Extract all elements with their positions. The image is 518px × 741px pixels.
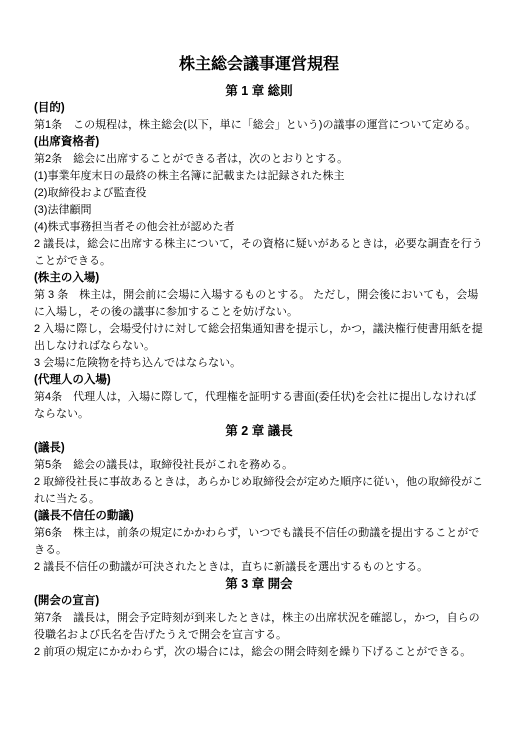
paragraph: (2)取締役および監査役 <box>34 185 484 202</box>
section-heading: (開会の宣言) <box>34 593 484 610</box>
paragraph: 第4条 代理人は，入場に際して，代理権を証明する書面(委任状)を会社に提出しなけ… <box>34 389 484 423</box>
paragraph: 第5条 総会の議長は，取締役社長がこれを務める。 <box>34 457 484 474</box>
paragraph: 2 取締役社長に事故あるときは，あらかじめ取締役会が定めた順序に従い，他の取締役… <box>34 474 484 508</box>
paragraph: (3)法律顧問 <box>34 202 484 219</box>
document-content: 第 1 章 総則(目的)第1条 この規程は，株主総会(以下，単に「総会」という)… <box>34 83 484 661</box>
section-heading: (議長) <box>34 440 484 457</box>
paragraph: 第2条 総会に出席することができる者は，次のとおりとする。 <box>34 151 484 168</box>
paragraph: (4)株式事務担当者その他会社が認めた者 <box>34 219 484 236</box>
section-heading: (目的) <box>34 100 484 117</box>
chapter-heading: 第 3 章 開会 <box>34 576 484 593</box>
paragraph: 2 入場に際し，会場受付けに対して総会招集通知書を提示し，かつ，議決権行使書用紙… <box>34 321 484 355</box>
chapter-heading: 第 2 章 議長 <box>34 423 484 440</box>
chapter-heading: 第 1 章 総則 <box>34 83 484 100</box>
document-title: 株主総会議事運営規程 <box>34 54 484 76</box>
paragraph: 2 前項の規定にかかわらず，次の場合には，総会の開会時刻を繰り下げることができる… <box>34 644 484 661</box>
paragraph: (1)事業年度末日の最終の株主名簿に記載または記録された株主 <box>34 168 484 185</box>
section-heading: (議長不信任の動議) <box>34 508 484 525</box>
paragraph: 第7条 議長は，開会予定時刻が到来したときは，株主の出席状況を確認し，かつ，自ら… <box>34 610 484 644</box>
section-heading: (出席資格者) <box>34 134 484 151</box>
paragraph: 第 3 条 株主は，開会前に会場に入場するものとする。 ただし，開会後においても… <box>34 287 484 321</box>
paragraph: 第1条 この規程は，株主総会(以下，単に「総会」という)の議事の運営について定め… <box>34 117 484 134</box>
section-heading: (代理人の入場) <box>34 372 484 389</box>
section-heading: (株主の入場) <box>34 270 484 287</box>
paragraph: 2 議長は，総会に出席する株主について，その資格に疑いがあるときは，必要な調査を… <box>34 236 484 270</box>
paragraph: 2 議長不信任の動議が可決されたときは，直ちに新議長を選出するものとする。 <box>34 559 484 576</box>
paragraph: 3 会場に危険物を持ち込んではならない。 <box>34 355 484 372</box>
paragraph: 第6条 株主は，前条の規定にかかわらず，いつでも議長不信任の動議を提出することが… <box>34 525 484 559</box>
document-page: 株主総会議事運営規程 第 1 章 総則(目的)第1条 この規程は，株主総会(以下… <box>0 0 518 741</box>
